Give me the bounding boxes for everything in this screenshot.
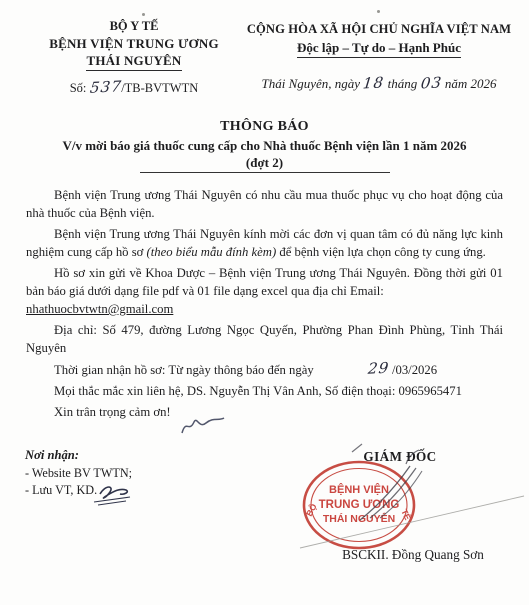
document-number: Số: 537/TB-BVTWTN <box>28 78 240 98</box>
recipients-label: Nơi nhận: <box>25 447 132 465</box>
deadline-day-handwritten: 29 <box>339 359 390 380</box>
scanned-notice-document: BỘ Y TẾ BỆNH VIỆN TRUNG ƯƠNG THÁI NGUYÊN… <box>0 0 529 605</box>
place-date-line: Thái Nguyên, ngày 18 tháng 03 năm 2026 <box>238 74 520 92</box>
email-link[interactable]: nhathuocbvtwtn@gmail.com <box>26 300 503 318</box>
national-motto: Độc lập – Tự do – Hạnh Phúc <box>238 40 520 58</box>
deadline-date-rest: /03/2026 <box>392 363 437 377</box>
paragraph-invitation: Bệnh viện Trung ương Thái Nguyên kính mờ… <box>26 225 503 261</box>
ministry-name: BỘ Y TẾ <box>28 18 240 35</box>
date-month-handwritten: 03 <box>420 73 443 92</box>
recipient-item-website: - Website BV TWTN; <box>25 465 132 482</box>
notice-title: THÔNG BÁO <box>0 119 529 135</box>
national-header-block: CỘNG HÒA XÃ HỘI CHỦ NGHĨA VIỆT NAM Độc l… <box>238 22 520 92</box>
hospital-name-line2: THÁI NGUYÊN <box>28 52 240 71</box>
doc-number-handwritten: 537 <box>88 77 122 98</box>
paragraph-address: Địa chỉ: Số 479, đường Lương Ngọc Quyến,… <box>26 321 503 357</box>
date-suffix: năm 2026 <box>445 76 497 91</box>
director-signature <box>288 438 529 563</box>
doc-number-label: Số: <box>70 81 87 95</box>
handwritten-check-mark <box>179 413 227 439</box>
signer-name: BSCKII. Đồng Quang Sơn <box>303 547 523 563</box>
date-prefix: Thái Nguyên, ngày <box>261 76 360 91</box>
notice-subject: V/v mời báo giá thuốc cung cấp cho Nhà t… <box>0 138 529 154</box>
scan-speck <box>142 13 145 16</box>
scan-speck <box>377 10 380 13</box>
notice-title-block: THÔNG BÁO V/v mời báo giá thuốc cung cấp… <box>0 119 529 173</box>
hospital-name-line1: BỆNH VIỆN TRUNG ƯƠNG <box>28 35 240 52</box>
clerk-initial-signature <box>86 482 144 512</box>
deadline-text: Thời gian nhận hồ sơ: Từ ngày thông báo … <box>54 363 314 377</box>
national-title: CỘNG HÒA XÃ HỘI CHỦ NGHĨA VIỆT NAM <box>238 22 520 37</box>
attachment-note: (theo biểu mẫu đính kèm) <box>147 245 277 259</box>
paragraph-thanks: Xin trân trọng cảm ơn! <box>26 403 503 421</box>
date-mid: tháng <box>388 76 418 91</box>
paragraph-contact: Mọi thắc mắc xin liên hệ, DS. Nguyễn Thị… <box>26 382 503 400</box>
doc-number-suffix: /TB-BVTWTN <box>121 81 198 95</box>
submission-text: Hồ sơ xin gửi về Khoa Dược – Bệnh viện T… <box>26 266 503 298</box>
paragraph-deadline: Thời gian nhận hồ sơ: Từ ngày thông báo … <box>26 360 503 379</box>
invitation-text-end: để bệnh viện lựa chọn công ty cung ứng. <box>276 245 486 259</box>
paragraph-submission: Hồ sơ xin gửi về Khoa Dược – Bệnh viện T… <box>26 264 503 318</box>
issuer-block: BỘ Y TẾ BỆNH VIỆN TRUNG ƯƠNG THÁI NGUYÊN… <box>28 18 240 98</box>
notice-body: Bệnh viện Trung ương Thái Nguyên có nhu … <box>26 186 503 424</box>
notice-round: (đợt 2) <box>140 155 390 173</box>
date-day-handwritten: 18 <box>362 73 385 92</box>
paragraph-demand: Bệnh viện Trung ương Thái Nguyên có nhu … <box>26 186 503 222</box>
